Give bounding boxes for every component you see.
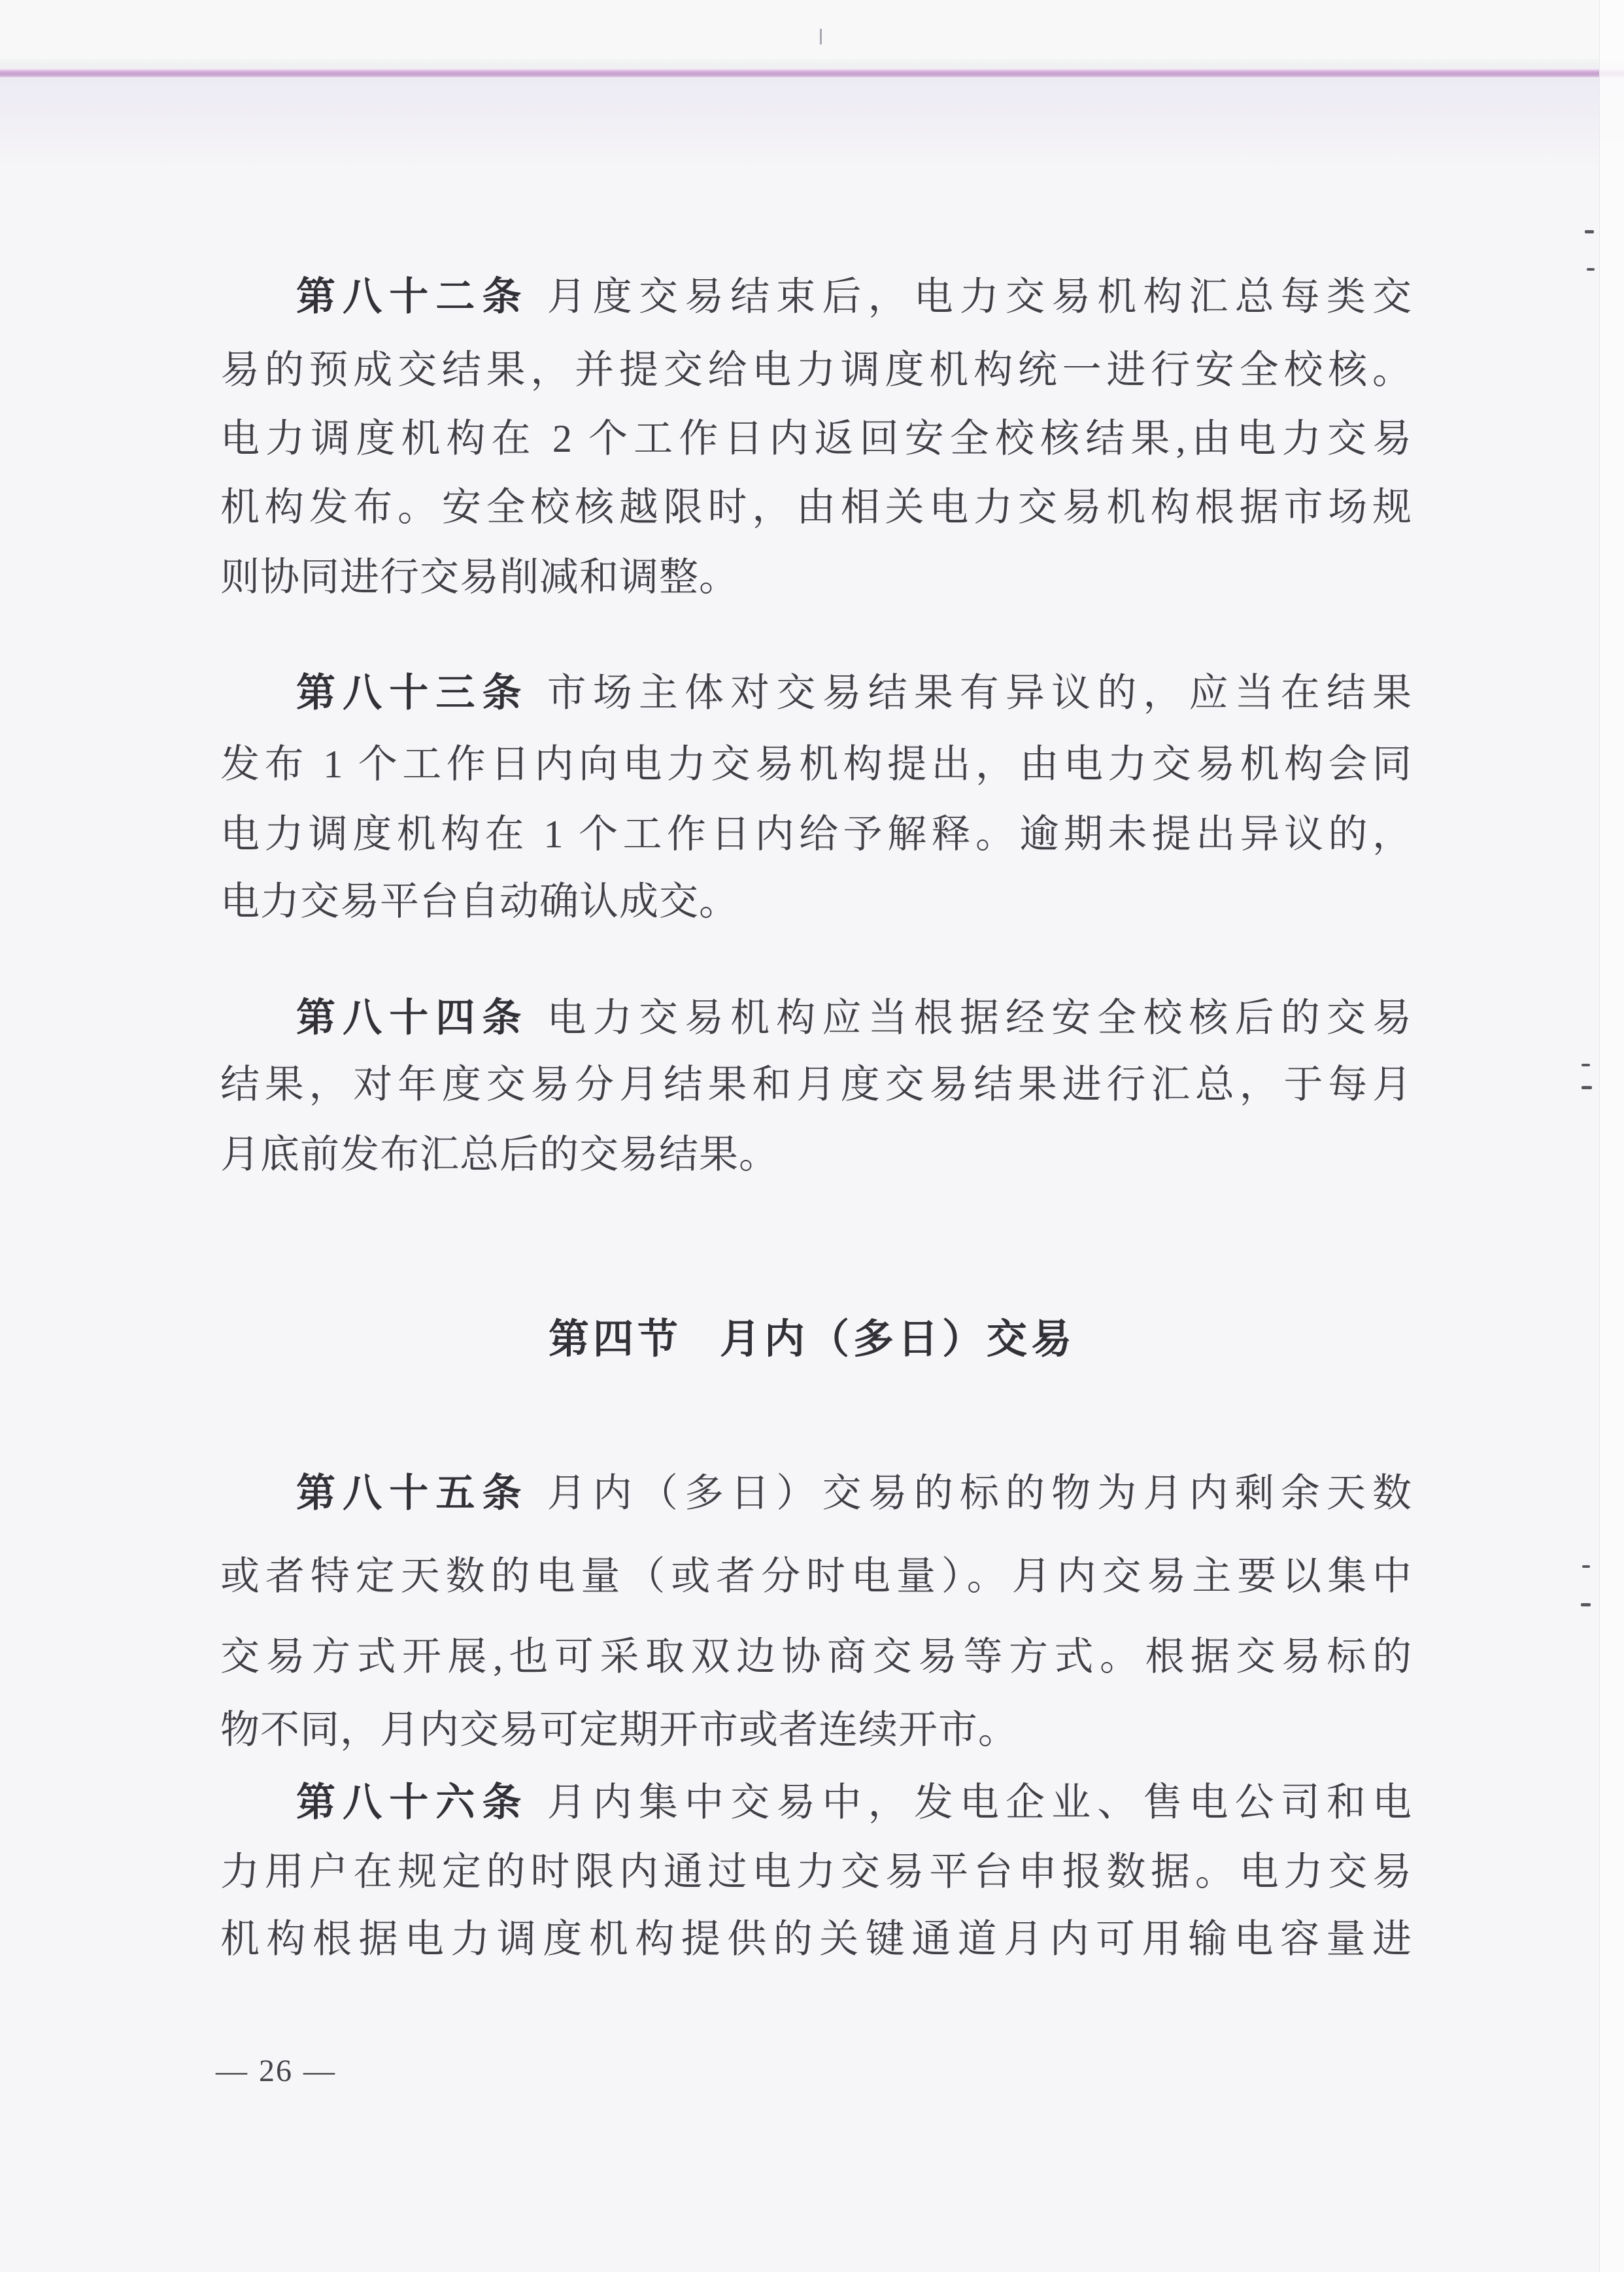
page-number: —26—	[216, 2053, 336, 2089]
scan-accent-line	[0, 69, 1624, 77]
article-82-number: 第八十二条	[296, 275, 529, 318]
article-82-line-2: 易的预成交结果，并提交给电力调度机构统一进行安全校核。	[220, 350, 1412, 391]
article-84-line-1: 第八十四条电力交易机构应当根据经安全校核后的交易	[296, 997, 1412, 1039]
article-82-line-1: 第八十二条月度交易结束后，电力交易机构汇总每类交	[296, 276, 1412, 318]
article-83-line-2: 发布 1 个工作日内向电力交易机构提出，由电力交易机构会同	[220, 744, 1412, 785]
article-85-line-3: 交易方式开展,也可采取双边协商交易等方式。根据交易标的	[220, 1636, 1412, 1678]
scan-speck	[1587, 268, 1595, 271]
scan-tint-band	[0, 59, 1624, 69]
article-85-text: 月内（多日）交易的标的物为月内剩余天数	[547, 1472, 1412, 1515]
article-83-line-4: 电力交易平台自动确认成交。	[220, 881, 1412, 923]
article-84-line-3: 月底前发布汇总后的交易结果。	[220, 1134, 1412, 1176]
scanned-document-page: 第八十二条月度交易结束后，电力交易机构汇总每类交 易的预成交结果，并提交给电力调…	[0, 0, 1624, 2272]
article-86-line-3: 机构根据电力调度机构提供的关键通道月内可用输电容量进	[220, 1919, 1412, 1960]
article-86-line-2: 力用户在规定的时限内通过电力交易平台申报数据。电力交易	[220, 1852, 1412, 1893]
scan-speck	[1582, 1064, 1590, 1066]
article-83-line-1: 第八十三条市场主体对交易结果有异议的，应当在结果	[296, 672, 1412, 714]
scan-speck	[1582, 1565, 1590, 1568]
page-top-margin	[0, 0, 1624, 59]
article-83-text: 市场主体对交易结果有异议的，应当在结果	[547, 671, 1412, 715]
section-title: 月内（多日）交易	[720, 1317, 1075, 1362]
article-86-number: 第八十六条	[296, 1780, 529, 1824]
page-number-right-dash: —	[303, 2054, 336, 2088]
article-82-text: 月度交易结束后，电力交易机构汇总每类交	[547, 275, 1412, 318]
scan-speck	[1581, 1603, 1591, 1606]
scan-lavender-wash	[0, 77, 1624, 169]
scan-artifact-tick	[820, 29, 822, 44]
article-83-line-3: 电力调度机构在 1 个工作日内给予解释。逾期未提出异议的，	[220, 814, 1412, 855]
scan-speck	[1585, 230, 1594, 233]
scan-speck	[1582, 1086, 1592, 1089]
article-85-line-1: 第八十五条月内（多日）交易的标的物为月内剩余天数	[296, 1472, 1412, 1514]
article-84-line-2: 结果，对年度交易分月结果和月度交易结果进行汇总，于每月	[220, 1064, 1412, 1106]
article-82-line-4: 机构发布。安全校核越限时，由相关电力交易机构根据市场规	[220, 487, 1412, 528]
page-number-value: 26	[259, 2054, 293, 2088]
article-82-line-3: 电力调度机构在 2 个工作日内返回安全校核结果,由电力交易	[220, 418, 1412, 460]
article-84-number: 第八十四条	[296, 996, 529, 1040]
section-heading: 第四节月内（多日）交易	[0, 1318, 1624, 1361]
article-84-text: 电力交易机构应当根据经安全校核后的交易	[547, 996, 1412, 1040]
article-85-line-4: 物不同，月内交易可定期开市或者连续开市。	[220, 1710, 1412, 1751]
article-85-number: 第八十五条	[296, 1471, 529, 1515]
article-85-line-2: 或者特定天数的电量（或者分时电量）。月内交易主要以集中	[220, 1556, 1412, 1597]
section-number: 第四节	[549, 1317, 682, 1362]
article-86-text: 月内集中交易中，发电企业、售电公司和电	[547, 1781, 1412, 1824]
article-82-line-5: 则协同进行交易削减和调整。	[220, 557, 1412, 598]
article-83-number: 第八十三条	[296, 671, 529, 715]
page-number-left-dash: —	[216, 2054, 248, 2088]
article-86-line-1: 第八十六条月内集中交易中，发电企业、售电公司和电	[296, 1782, 1412, 1823]
page-right-edge	[1599, 0, 1624, 2272]
